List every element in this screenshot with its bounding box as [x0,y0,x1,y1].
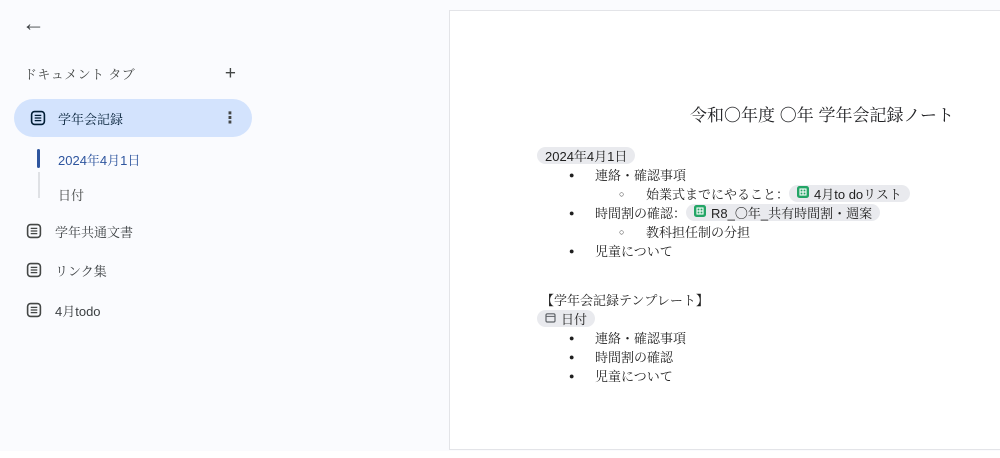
template-date-line: 日付 [541,309,1000,328]
list-item: ● 時間割の確認 [541,347,1000,366]
bullet-filled-icon: ● [569,170,595,180]
calendar-icon [545,311,556,326]
sheets-chip-label: R8_〇年_共有時間割・週案 [711,203,872,222]
date-chip-label: 2024年4月1日 [545,146,627,165]
list-item: ● 児童について [541,366,1000,385]
sheets-chip-label: 4月to doリスト [814,184,902,203]
more-options-icon[interactable]: ⋮ [222,108,238,128]
date-text-chip[interactable]: 2024年4月1日 [537,147,635,164]
list-item: ● 時間割の確認： R8_〇年_共有時間割・週案 [541,203,1000,222]
sidebar-tab-gakunen-kyotsu-bunsho[interactable]: 学年共通文書 [26,214,246,248]
bottom-margin [0,451,1000,458]
sheets-link-chip[interactable]: R8_〇年_共有時間割・週案 [686,204,880,221]
document-tab-icon [26,223,42,239]
add-tab-icon[interactable]: + [225,64,236,83]
bullet-hollow-icon: ○ [619,189,646,199]
bullet-filled-icon: ● [569,371,595,381]
meeting-date-line: 2024年4月1日 [541,146,1000,165]
bullet-filled-icon: ● [569,208,595,218]
subtab-connector-line [38,172,40,198]
sidebar-tab-4gatsu-todo[interactable]: 4月todo [26,293,246,327]
list-item: ● 連絡・確認事項 [541,328,1000,347]
template-heading-line: 【学年会記録テンプレート】 [541,290,1000,309]
document-tab-icon [30,110,46,126]
list-item: ● 児童について [541,241,1000,260]
template-heading: 【学年会記録テンプレート】 [541,290,709,309]
bullet-hollow-icon: ○ [619,227,646,237]
back-arrow-icon[interactable]: ← [22,12,45,35]
document-tabs-title: ドキュメント タブ [24,64,135,83]
list-item-text: 教科担任制の分担 [646,222,750,241]
bullet-filled-icon: ● [569,333,595,343]
list-item: ○ 始業式までにやること： 4月to doリスト [541,184,1000,203]
sidebar-tab-label: リンク集 [55,261,107,280]
document-tab-icon [26,302,42,318]
list-item-text: 始業式までにやること： [646,184,789,203]
document-tab-icon [26,262,42,278]
document-tabs-header: ドキュメント タブ + [24,62,236,84]
date-placeholder-chip[interactable]: 日付 [537,310,595,327]
document-page[interactable]: 令和〇年度 〇年 学年会記録ノート 2024年4月1日 ● 連絡・確認事項 ○ … [449,10,1000,450]
sidebar-tab-label: 学年会記録 [58,109,222,128]
sheets-icon [797,186,809,201]
sidebar-subtab-2024-04-01[interactable]: 2024年4月1日 [58,150,140,169]
list-item-text: 時間割の確認： [595,203,686,222]
bullet-filled-icon: ● [569,352,595,362]
bullet-filled-icon: ● [569,246,595,256]
document-body: 2024年4月1日 ● 連絡・確認事項 ○ 始業式までにやること： 4月to d… [541,146,1000,385]
list-item-text: 連絡・確認事項 [595,328,686,347]
sidebar-tab-label: 学年共通文書 [55,222,133,241]
sheets-link-chip[interactable]: 4月to doリスト [789,185,910,202]
sidebar-tab-gakunenkai-kiroku[interactable]: 学年会記録 ⋮ [14,99,252,137]
list-item-text: 連絡・確認事項 [595,165,686,184]
sidebar-tab-link-shu[interactable]: リンク集 [26,253,246,287]
sidebar-tab-label: 4月todo [55,301,101,320]
sidebar-subtab-hizuke[interactable]: 日付 [58,185,84,204]
list-item: ○ 教科担任制の分担 [541,222,1000,241]
list-item-text: 児童について [595,366,673,385]
blank-lines [541,260,1000,290]
list-item-text: 時間割の確認 [595,347,673,366]
list-item: ● 連絡・確認事項 [541,165,1000,184]
document-title: 令和〇年度 〇年 学年会記録ノート [450,101,1000,126]
active-subtab-indicator [37,149,40,168]
list-item-text: 児童について [595,241,673,260]
date-chip-label: 日付 [561,309,587,328]
sheets-icon [694,205,706,220]
